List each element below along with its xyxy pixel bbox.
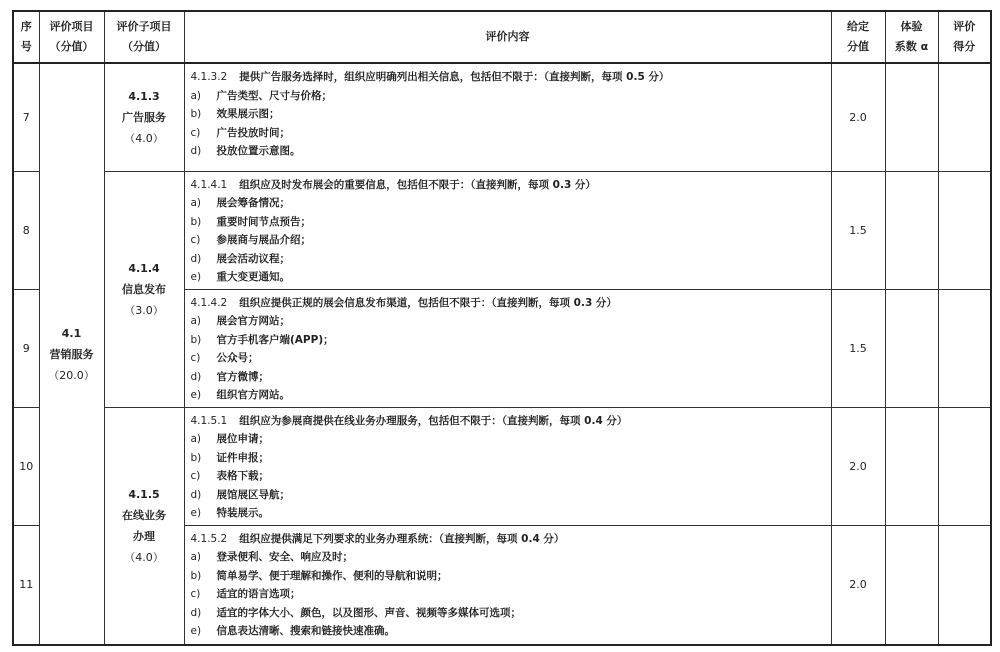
subcategory-code: 4.1.5 xyxy=(105,484,184,505)
category-name: 营销服务 xyxy=(40,344,104,365)
content-item: e)重大变更通知。 xyxy=(191,268,825,287)
coefficient-cell[interactable] xyxy=(885,63,938,171)
content-item: a)广告类型、尺寸与价格； xyxy=(191,87,825,106)
header-item: 评价项目（分值） xyxy=(39,11,104,63)
content-lead: 4.1.3.2提供广告服务选择时，组织应明确列出相关信息，包括但不限于：（直接判… xyxy=(191,68,825,87)
content-item: d)投放位置示意图。 xyxy=(191,142,825,161)
row-seq: 9 xyxy=(13,289,39,407)
content-lead: 4.1.5.2组织应提供满足下列要求的业务办理系统：（直接判断，每项 0.4 分… xyxy=(191,530,825,549)
header-seq: 序号 xyxy=(13,11,39,63)
content-item: c)公众号； xyxy=(191,349,825,368)
content-item: c)适宜的语言选项； xyxy=(191,585,825,604)
coefficient-cell[interactable] xyxy=(885,407,938,525)
content-item: c)表格下载； xyxy=(191,467,825,486)
content-item: e)信息表达清晰、搜索和链接快速准确。 xyxy=(191,622,825,641)
content-item: e)组织官方网站。 xyxy=(191,386,825,405)
given-score: 2.0 xyxy=(831,407,885,525)
content-item: d)适宜的字体大小、颜色，以及图形、声音、视频等多媒体可选项； xyxy=(191,604,825,623)
row-seq: 10 xyxy=(13,407,39,525)
row-seq: 7 xyxy=(13,63,39,171)
given-score: 1.5 xyxy=(831,171,885,289)
content-item: b)效果展示图； xyxy=(191,105,825,124)
header-subitem: 评价子项目（分值） xyxy=(104,11,184,63)
content-item: c)广告投放时间； xyxy=(191,124,825,143)
table-row: 7 4.1 营销服务 （20.0） 4.1.3 广告服务 （4.0） 4.1.3… xyxy=(13,63,991,171)
evaluation-table: 序号 评价项目（分值） 评价子项目（分值） 评价内容 给定分值 体验系数 α 评… xyxy=(12,10,992,646)
subcategory-code: 4.1.4 xyxy=(105,258,184,279)
row-seq: 11 xyxy=(13,525,39,645)
header-coefficient: 体验系数 α xyxy=(885,11,938,63)
content-cell: 4.1.5.1组织应为参展商提供在线业务办理服务，包括但不限于：（直接判断，每项… xyxy=(184,407,831,525)
content-item: c)参展商与展品介绍； xyxy=(191,231,825,250)
content-item: a)展会筹备情况； xyxy=(191,194,825,213)
given-score: 2.0 xyxy=(831,63,885,171)
eval-score-cell[interactable] xyxy=(938,171,991,289)
content-lead: 4.1.4.2组织应提供正规的展会信息发布渠道，包括但不限于：（直接判断，每项 … xyxy=(191,294,825,313)
content-item: b)证件申报； xyxy=(191,449,825,468)
content-cell: 4.1.3.2提供广告服务选择时，组织应明确列出相关信息，包括但不限于：（直接判… xyxy=(184,63,831,171)
content-cell: 4.1.4.1组织应及时发布展会的重要信息，包括但不限于：（直接判断，每项 0.… xyxy=(184,171,831,289)
given-score: 2.0 xyxy=(831,525,885,645)
content-item: d)官方微博； xyxy=(191,368,825,387)
subcategory-cell: 4.1.4 信息发布 （3.0） xyxy=(104,171,184,407)
header-row: 序号 评价项目（分值） 评价子项目（分值） 评价内容 给定分值 体验系数 α 评… xyxy=(13,11,991,63)
category-code: 4.1 xyxy=(40,323,104,344)
content-cell: 4.1.4.2组织应提供正规的展会信息发布渠道，包括但不限于：（直接判断，每项 … xyxy=(184,289,831,407)
content-lead: 4.1.5.1组织应为参展商提供在线业务办理服务，包括但不限于：（直接判断，每项… xyxy=(191,412,825,431)
table-row: 10 4.1.5 在线业务 办理 （4.0） 4.1.5.1组织应为参展商提供在… xyxy=(13,407,991,525)
coefficient-cell[interactable] xyxy=(885,525,938,645)
content-cell: 4.1.5.2组织应提供满足下列要求的业务办理系统：（直接判断，每项 0.4 分… xyxy=(184,525,831,645)
content-item: b)重要时间节点预告； xyxy=(191,213,825,232)
eval-score-cell[interactable] xyxy=(938,407,991,525)
subcategory-points: （4.0） xyxy=(105,547,184,568)
subcategory-code: 4.1.3 xyxy=(105,86,184,107)
subcategory-name-line2: 办理 xyxy=(105,526,184,547)
header-given-score: 给定分值 xyxy=(831,11,885,63)
subcategory-points: （4.0） xyxy=(105,128,184,149)
content-item: e)特装展示。 xyxy=(191,504,825,523)
content-item: d)展会活动议程； xyxy=(191,250,825,269)
subcategory-points: （3.0） xyxy=(105,300,184,321)
category-cell: 4.1 营销服务 （20.0） xyxy=(39,63,104,645)
subcategory-cell: 4.1.5 在线业务 办理 （4.0） xyxy=(104,407,184,645)
eval-score-cell[interactable] xyxy=(938,63,991,171)
header-content: 评价内容 xyxy=(184,11,831,63)
table-row: 8 4.1.4 信息发布 （3.0） 4.1.4.1组织应及时发布展会的重要信息… xyxy=(13,171,991,289)
given-score: 1.5 xyxy=(831,289,885,407)
content-item: a)登录便利、安全、响应及时； xyxy=(191,548,825,567)
content-item: b)官方手机客户端(APP)； xyxy=(191,331,825,350)
eval-score-cell[interactable] xyxy=(938,289,991,407)
content-item: a)展位申请； xyxy=(191,430,825,449)
subcategory-cell: 4.1.3 广告服务 （4.0） xyxy=(104,63,184,171)
subcategory-name: 信息发布 xyxy=(105,279,184,300)
subcategory-name: 广告服务 xyxy=(105,107,184,128)
content-item: a)展会官方网站； xyxy=(191,312,825,331)
header-eval-score: 评价得分 xyxy=(938,11,991,63)
content-item: d)展馆展区导航； xyxy=(191,486,825,505)
coefficient-cell[interactable] xyxy=(885,289,938,407)
row-seq: 8 xyxy=(13,171,39,289)
content-item: b)简单易学、便于理解和操作、便利的导航和说明； xyxy=(191,567,825,586)
content-lead: 4.1.4.1组织应及时发布展会的重要信息，包括但不限于：（直接判断，每项 0.… xyxy=(191,176,825,195)
coefficient-cell[interactable] xyxy=(885,171,938,289)
category-points: （20.0） xyxy=(40,365,104,386)
eval-score-cell[interactable] xyxy=(938,525,991,645)
subcategory-name: 在线业务 xyxy=(105,505,184,526)
